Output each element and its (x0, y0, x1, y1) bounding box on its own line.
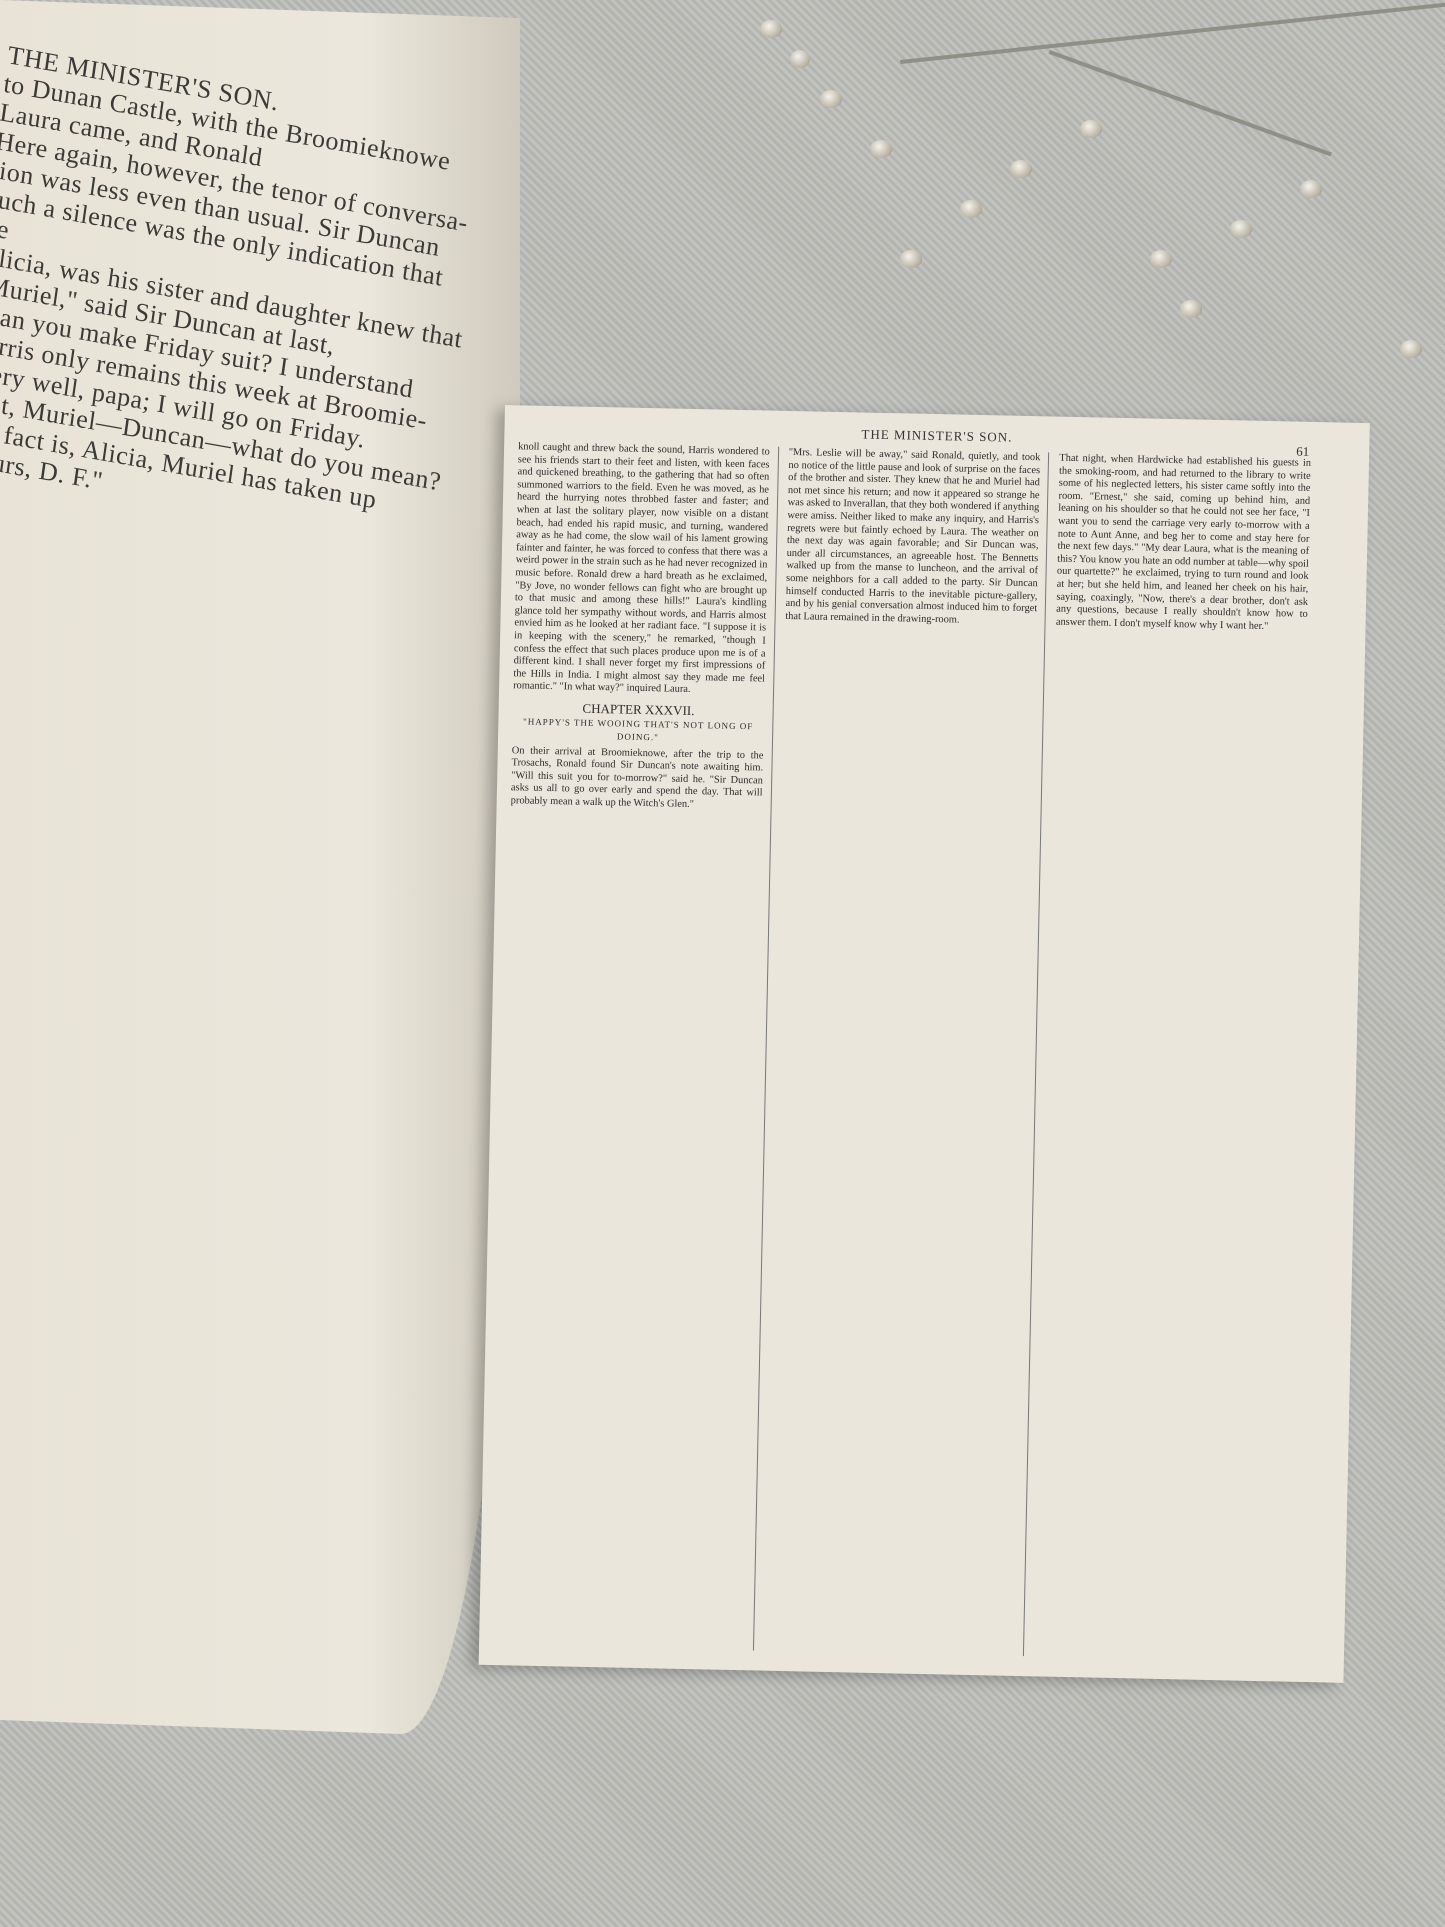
chapter-opening: On their arrival at Broomieknowe, after … (511, 745, 764, 813)
column-1: knoll caught and threw back the sound, H… (493, 441, 779, 1650)
left-page-text: THE MINISTER'S SON. to Dunan Castle, wit… (0, 40, 495, 554)
column-2: "Mrs. Leslie will be away," said Ronald,… (764, 447, 1050, 1656)
column-3: That night, when Hardwicke had establish… (1034, 453, 1319, 1662)
right-page: THE MINISTER'S SON. 61 knoll caught and … (479, 405, 1370, 1683)
chapter-subtitle: "HAPPY'S THE WOOING THAT'S NOT LONG OF D… (512, 716, 764, 746)
column-text: "Mrs. Leslie will be away," said Ronald,… (785, 447, 1040, 629)
left-page: THE MINISTER'S SON. to Dunan Castle, wit… (0, 0, 520, 1738)
text-columns: knoll caught and threw back the sound, H… (493, 441, 1319, 1662)
column-text: knoll caught and threw back the sound, H… (513, 441, 770, 698)
column-text: That night, when Hardwicke had establish… (1056, 453, 1311, 635)
